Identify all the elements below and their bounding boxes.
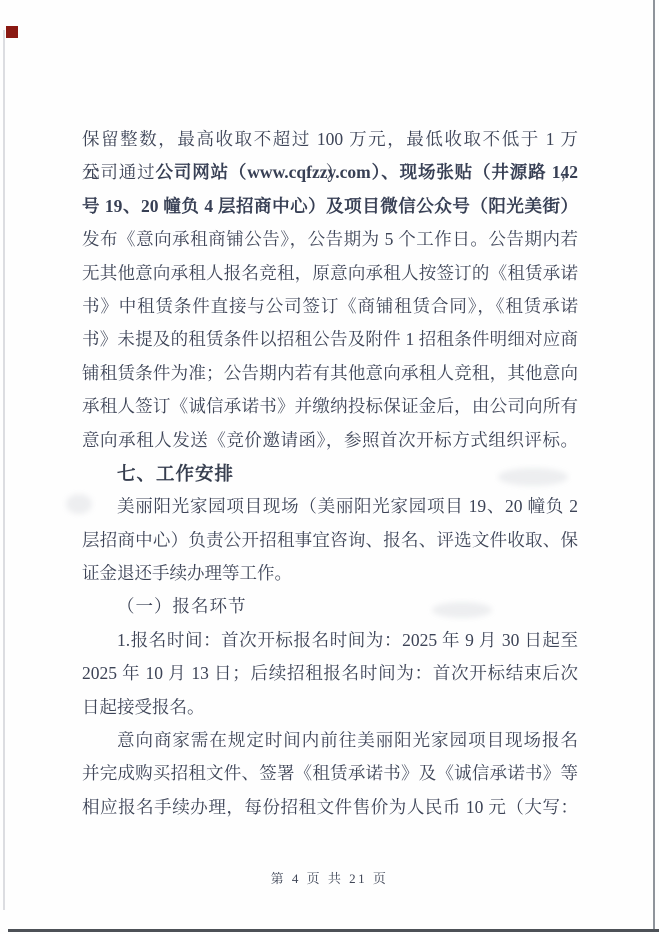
text-segment: 意向承租人发送《竞价邀请函》，参照首次开标方式组织评标。 [82,430,578,450]
text-line: 承租人签订《诚信承诺书》并缴纳投标保证金后，由公司向所有 [82,390,578,423]
text-line: 意向承租人发送《竞价邀请函》，参照首次开标方式组织评标。 [82,424,578,457]
text-line: 书》中租赁条件直接与公司签订《商铺租赁合同》，《租赁承诺 [82,290,578,323]
text-line: 层招商中心）负责公开招租事宜咨询、报名、评选文件收取、保 [82,524,578,557]
text-line: 1.报名时间：首次开标报名时间为：2025 年 9 月 30 日起至 [82,624,578,657]
text-line: 书》未提及的租赁条件以招租公告及附件 1 招租条件明细对应商 [82,323,578,356]
text-segment: 证金退还手续办理等工作。 [82,563,292,583]
bold-text-segment: 号 19、20 幢负 4 层招商中心）及项目微信公众号（阳光美街） [82,196,578,216]
text-line: 意向商家需在规定时间内前往美丽阳光家园项目现场报名 [82,724,578,757]
text-line: 保留整数，最高收取不超过 100 万元，最低收取不低于 1 万元）， [82,123,578,156]
text-line: 相应报名手续办理，每份招租文件售价为人民币 10 元（大写： [82,791,578,824]
text-segment: （一）报名环节 [117,596,247,616]
text-line: 公司通过公司网站（www.cqfzzy.com）、现场张贴（井源路 142 [82,156,578,189]
scan-left-edge [3,30,5,910]
page-footer: 第 4 页 共 21 页 [0,868,659,887]
scan-bottom-edge [8,929,659,932]
text-segment: 2025 年 10 月 13 日；后续招租报名时间为：首次开标结束后次 [82,663,578,683]
bold-text-segment: 公司网站（www.cqfzzy.com）、现场张贴（井源路 142 [155,162,578,182]
document-body: 保留整数，最高收取不超过 100 万元，最低收取不低于 1 万元），公司通过公司… [82,123,578,824]
text-segment: 书》未提及的租赁条件以招租公告及附件 1 招租条件明细对应商 [82,329,578,349]
text-segment: 意向商家需在规定时间内前往美丽阳光家园项目现场报名 [117,730,578,750]
text-line: 无其他意向承租人报名竞租，原意向承租人按签订的《租赁承诺 [82,257,578,290]
text-segment: 相应报名手续办理，每份招租文件售价为人民币 10 元（大写： [82,797,578,817]
text-segment: 无其他意向承租人报名竞租，原意向承租人按签订的《租赁承诺 [82,263,578,283]
text-line: 发布《意向承租商铺公告》，公告期为 5 个工作日。公告期内若 [82,223,578,256]
section-heading: 七、工作安排 [82,457,578,490]
text-line: 美丽阳光家园项目现场（美丽阳光家园项目 19、20 幢负 2 [82,490,578,523]
text-segment: 书》中租赁条件直接与公司签订《商铺租赁合同》，《租赁承诺 [82,296,578,316]
text-segment: 美丽阳光家园项目现场（美丽阳光家园项目 19、20 幢负 2 [117,496,578,516]
text-segment: 发布《意向承租商铺公告》，公告期为 5 个工作日。公告期内若 [82,229,578,249]
text-line: 并完成购买招租文件、签署《租赁承诺书》及《诚信承诺书》等 [82,757,578,790]
text-segment: 铺租赁条件为准；公告期内若有其他意向承租人竞租，其他意向 [82,363,578,383]
text-segment: 层招商中心）负责公开招租事宜咨询、报名、评选文件收取、保 [82,530,578,550]
text-segment: 1.报名时间：首次开标报名时间为：2025 年 9 月 30 日起至 [117,630,578,650]
text-segment: 公司通过 [82,162,155,182]
text-line: 证金退还手续办理等工作。 [82,557,578,590]
text-line: 号 19、20 幢负 4 层招商中心）及项目微信公众号（阳光美街） [82,190,578,223]
text-segment: 并完成购买招租文件、签署《租赁承诺书》及《诚信承诺书》等 [82,763,578,783]
text-segment: 承租人签订《诚信承诺书》并缴纳投标保证金后，由公司向所有 [82,396,578,416]
text-line: 2025 年 10 月 13 日；后续招租报名时间为：首次开标结束后次 [82,657,578,690]
scan-right-edge [653,0,655,932]
bold-text-segment: 七、工作安排 [117,463,234,484]
text-line: （一）报名环节 [82,590,578,623]
document-page: 保留整数，最高收取不超过 100 万元，最低收取不低于 1 万元），公司通过公司… [0,0,659,934]
text-line: 铺租赁条件为准；公告期内若有其他意向承租人竞租，其他意向 [82,357,578,390]
red-corner-mark [6,26,18,38]
text-segment: 日起接受报名。 [82,697,205,717]
text-line: 日起接受报名。 [82,691,578,724]
